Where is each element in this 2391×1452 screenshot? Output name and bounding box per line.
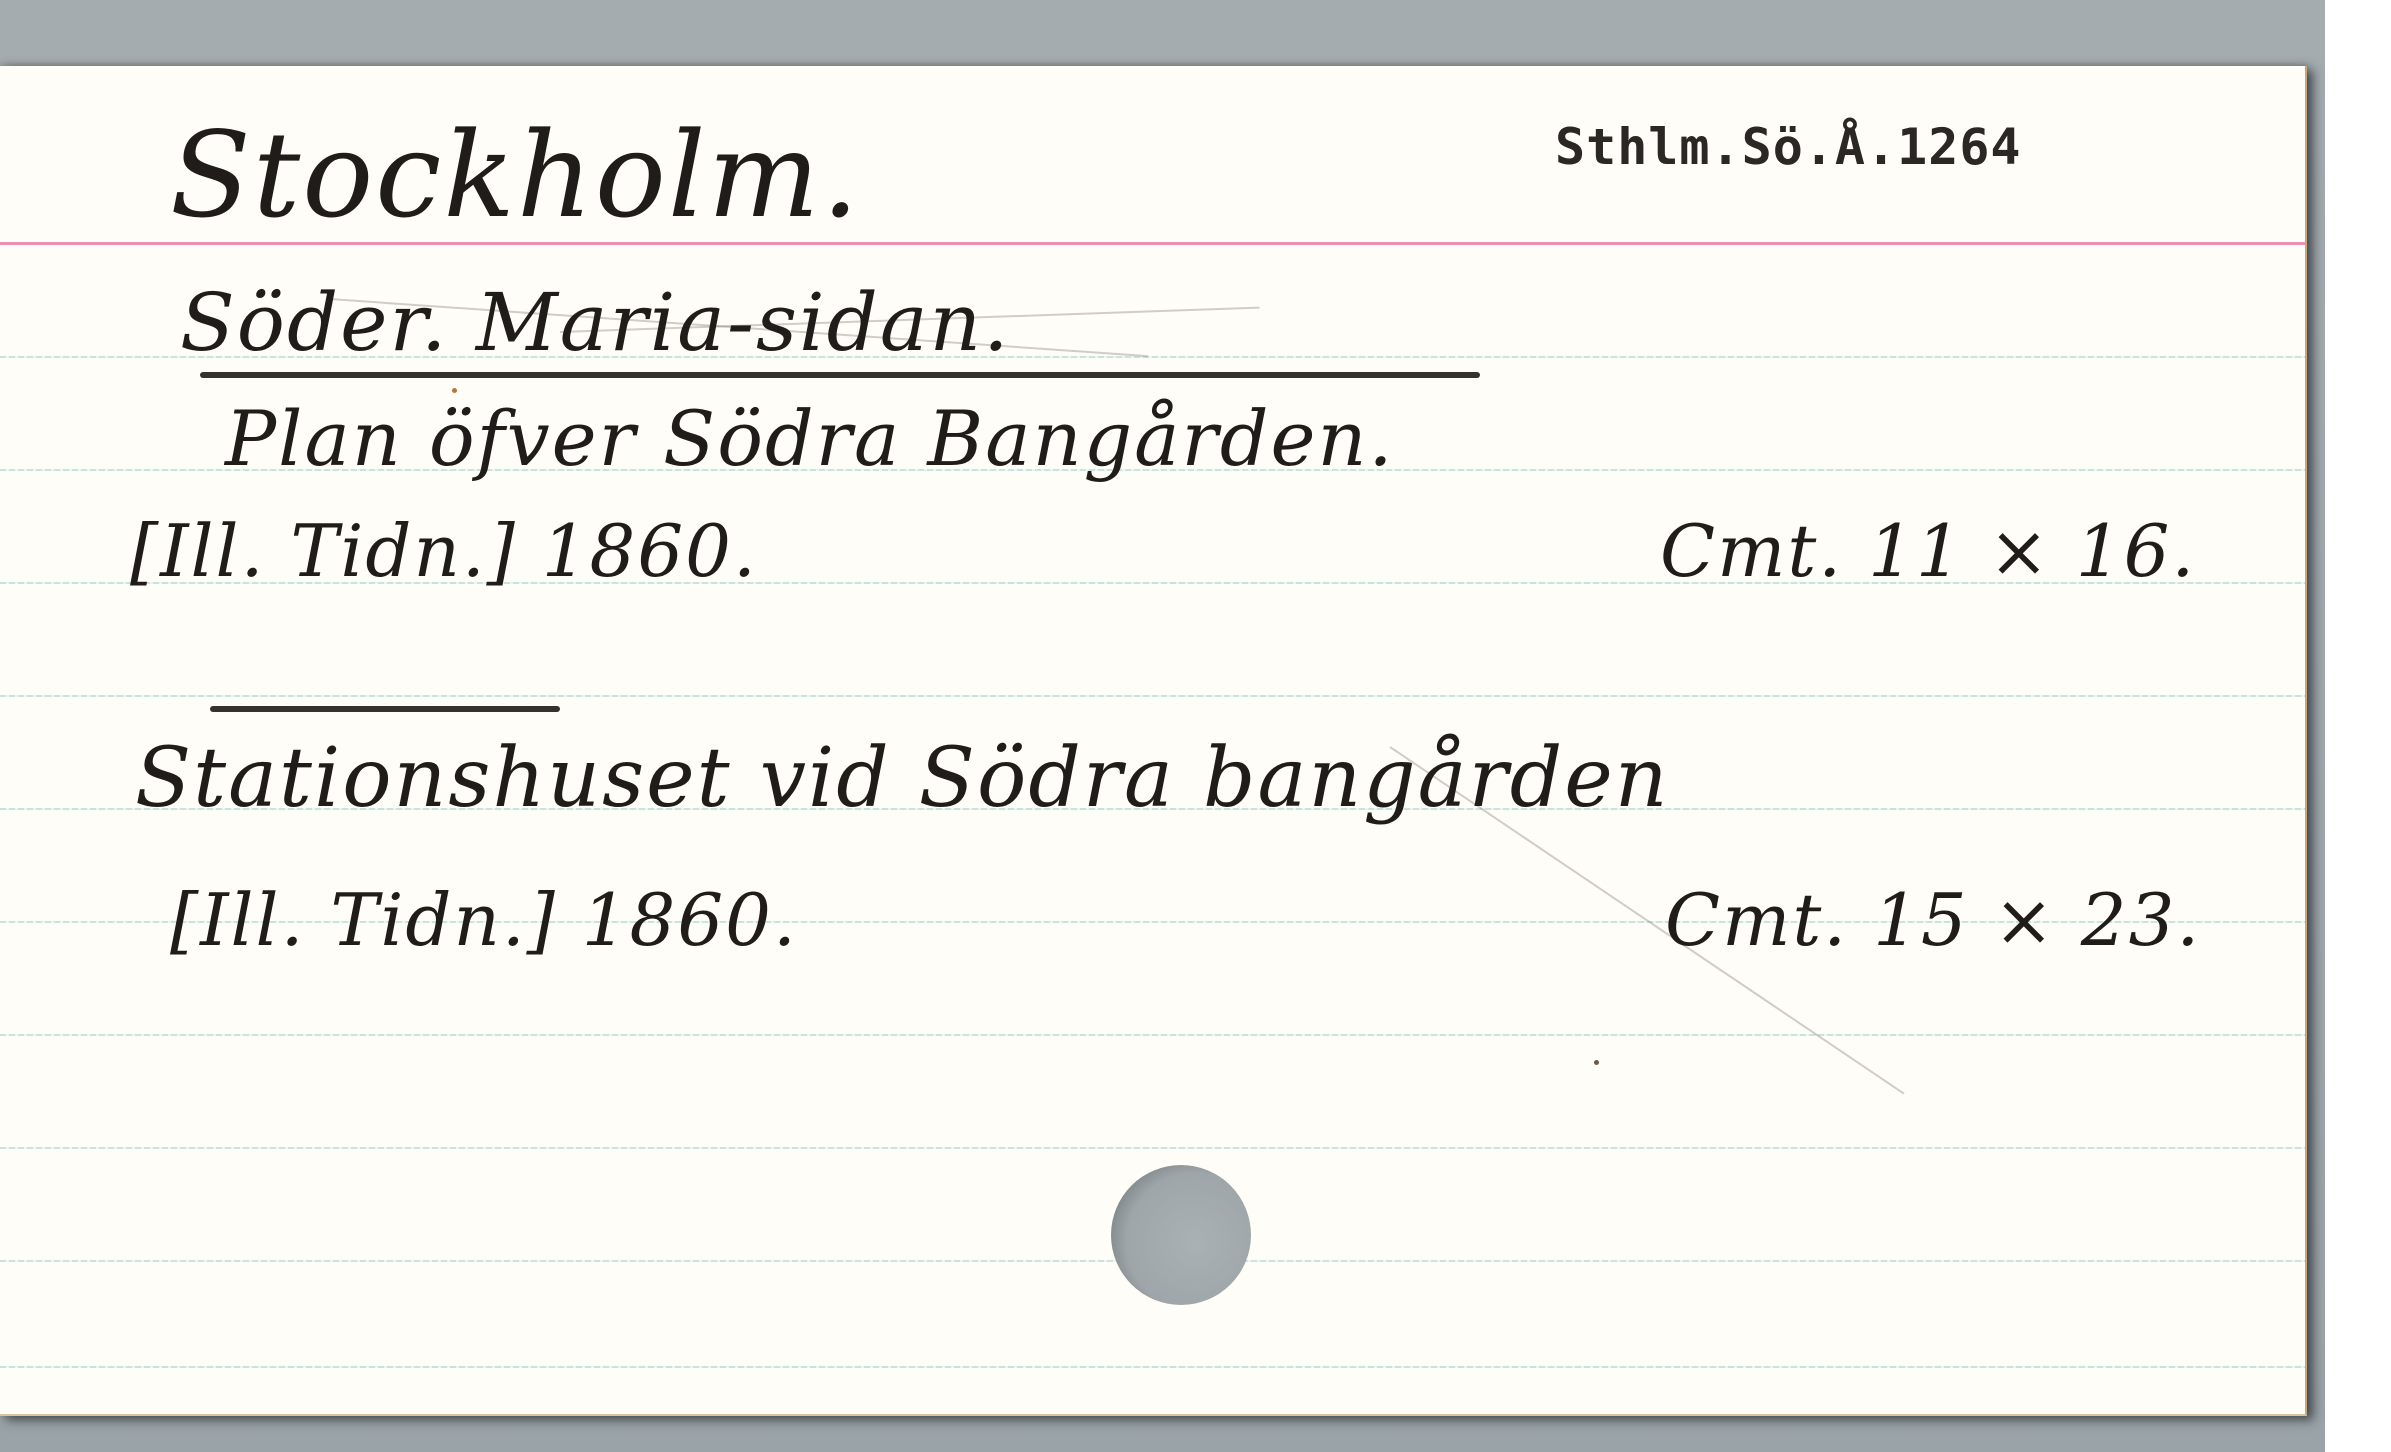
paper-speck [452, 388, 457, 393]
entry-separator [210, 706, 560, 712]
entry-2-source: [Ill. Tidn.] 1860. [170, 878, 798, 962]
card-subheading: Söder. Maria-sidan. [180, 276, 1011, 369]
ruled-line [0, 1034, 2305, 1036]
entry-1-source: [Ill. Tidn.] 1860. [130, 509, 758, 593]
ruled-line [0, 695, 2305, 697]
entry-2-title: Stationshuset vid Södra bangården [135, 731, 1670, 826]
call-number: Sthlm.Sö.Å.1264 [1555, 118, 2022, 176]
ruled-line [0, 1366, 2305, 1368]
subheading-underline [200, 372, 1480, 378]
paper-speck [1594, 1060, 1599, 1065]
entry-1-title: Plan öfver Södra Bangården. [225, 394, 1395, 483]
catalog-card: Sthlm.Sö.Å.1264 Stockholm. Söder. Maria-… [0, 66, 2307, 1416]
punch-hole [1111, 1165, 1251, 1305]
entry-2-dimensions: Cmt. 15 × 23. [1665, 878, 2201, 962]
ruled-line [0, 1147, 2305, 1149]
entry-1-dimensions: Cmt. 11 × 16. [1660, 509, 2196, 593]
card-heading: Stockholm. [170, 106, 861, 244]
